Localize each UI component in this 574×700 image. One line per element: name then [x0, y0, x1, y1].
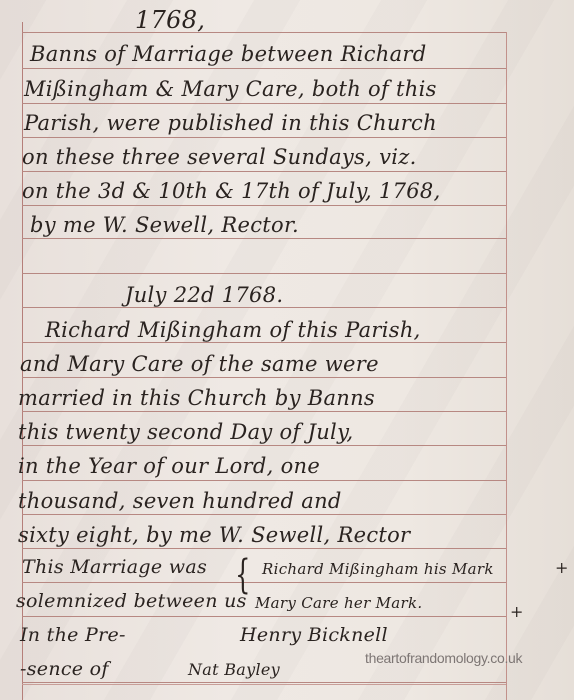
ruled-line [22, 137, 506, 138]
presence-label-2: -sence of [20, 658, 109, 680]
marriage-line-1: Richard Mißingham of this Parish, [45, 318, 421, 342]
banns-line-6: by me W. Sewell, Rector. [30, 213, 299, 237]
ruled-line [22, 445, 506, 446]
ruled-line [22, 238, 506, 239]
ruled-line [22, 307, 506, 308]
solemnized-label-1: This Marriage was [22, 556, 207, 578]
ruled-line [22, 682, 506, 683]
marriage-line-6: thousand, seven hundred and [18, 489, 342, 513]
party-2-signature: Mary Care her Mark. [255, 594, 422, 612]
marriage-line-4: this twenty second Day of July, [18, 420, 353, 444]
banns-line-4: on these three several Sundays, viz. [22, 145, 417, 169]
ruled-line [22, 342, 506, 343]
banns-line-1: Banns of Marriage between Richard [30, 42, 426, 66]
ruled-line [22, 480, 506, 481]
marriage-line-7: sixty eight, by me W. Sewell, Rector [18, 523, 410, 547]
witness-2-signature: Nat Bayley [188, 660, 280, 679]
ruled-line [22, 205, 506, 206]
presence-label-1: In the Pre- [20, 624, 126, 646]
ruled-line [22, 32, 506, 33]
ruled-line [22, 514, 506, 515]
solemnized-label-2: solemnized between us [16, 590, 247, 612]
ruled-line [22, 377, 506, 378]
banns-line-3: Parish, were published in this Church [24, 111, 437, 135]
marriage-line-3: married in this Church by Banns [18, 386, 375, 410]
ruled-line [22, 273, 506, 274]
witness-1-signature: Henry Bicknell [240, 624, 388, 646]
ruled-line [22, 548, 506, 549]
brace-icon: { [235, 552, 250, 598]
marriage-line-2: and Mary Care of the same were [20, 352, 379, 376]
ruled-line [22, 103, 506, 104]
ruled-line [22, 411, 506, 412]
ruled-line [22, 68, 506, 69]
ruled-line [22, 616, 506, 617]
banns-line-2: Mißingham & Mary Care, both of this [24, 77, 437, 101]
marriage-date-heading: July 22d 1768. [125, 283, 283, 307]
party-1-signature: Richard Mißingham his Mark [262, 560, 494, 578]
ruled-line [22, 171, 506, 172]
ruled-line [22, 582, 506, 583]
banns-year-heading: 1768, [135, 6, 205, 34]
party-2-mark-cross: + [510, 602, 523, 621]
marriage-line-5: in the Year of our Lord, one [18, 454, 320, 478]
party-1-mark-cross: + [555, 558, 568, 577]
banns-line-5: on the 3d & 10th & 17th of July, 1768, [22, 179, 441, 203]
watermark: theartofrandomology.co.uk [365, 650, 522, 666]
right-margin-rule [506, 32, 507, 700]
